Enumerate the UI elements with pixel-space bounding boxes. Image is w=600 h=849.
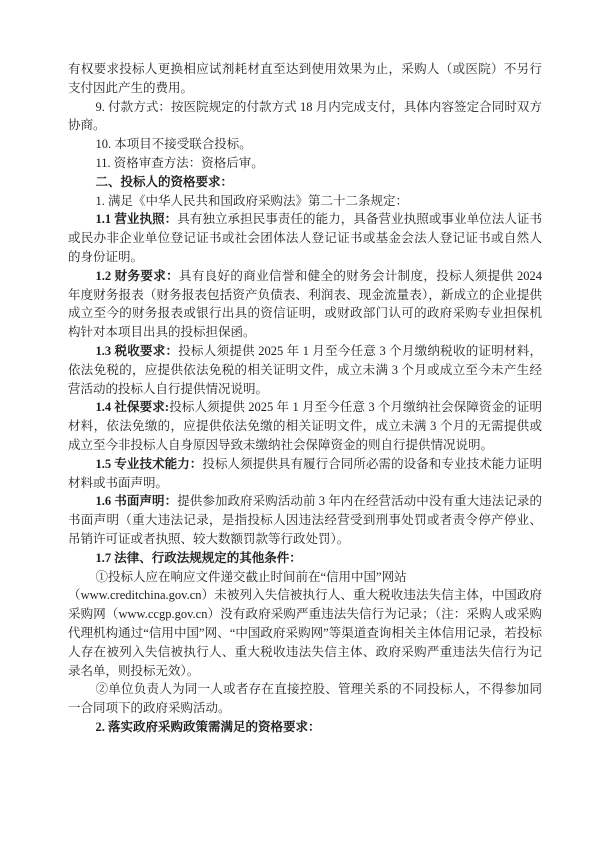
- paragraph: 1. 满足《中华人民共和国政府采购法》第二十二条规定：: [68, 192, 542, 211]
- paragraph: 1.7 法律、行政法规规定的其他条件：: [68, 549, 542, 568]
- paragraph-text: 11. 资格审查方法：资格后审。: [96, 156, 264, 170]
- paragraph: 11. 资格审查方法：资格后审。: [68, 154, 542, 173]
- paragraph: 1.3 税收要求：投标人须提供 2025 年 1 月至今任意 3 个月缴纳税收的…: [68, 342, 542, 398]
- paragraph-text: ②单位负责人为同一人或者存在直接控股、管理关系的不同投标人，不得参加同一合同项下…: [68, 682, 542, 715]
- paragraph-text: 二、投标人的资格要求：: [96, 175, 234, 189]
- paragraph-lead: 1.3 税收要求：: [96, 344, 179, 358]
- paragraph-lead: 1.6 书面声明：: [96, 494, 178, 508]
- paragraph: ①投标人应在响应文件递交截止时间前在“信用中国”网站（www.creditchi…: [68, 568, 542, 681]
- paragraph: 二、投标人的资格要求：: [68, 173, 542, 192]
- paragraph: 1.6 书面声明：提供参加政府采购活动前 3 年内在经营活动中没有重大违法记录的…: [68, 492, 542, 548]
- paragraph-text: ①投标人应在响应文件递交截止时间前在“信用中国”网站: [96, 570, 407, 584]
- paragraph-lead: 1.4 社保要求:: [96, 400, 170, 414]
- paragraph-text: 1. 满足《中华人民共和国政府采购法》第二十二条规定：: [96, 194, 409, 208]
- paragraph-text: 1.7 法律、行政法规规定的其他条件：: [96, 551, 302, 565]
- paragraph: 1.2 财务要求：具有良好的商业信誉和健全的财务会计制度，投标人须提供 2024…: [68, 267, 542, 342]
- paragraph-text: 有权要求投标人更换相应试剂耗材直至达到使用效果为止，采购人（或医院）不另行支付因…: [68, 62, 542, 95]
- paragraph-lead: 1.5 专业技术能力：: [96, 457, 203, 471]
- paragraph: ②单位负责人为同一人或者存在直接控股、管理关系的不同投标人，不得参加同一合同项下…: [68, 680, 542, 718]
- paragraph: 1.1 营业执照：具有独立承担民事责任的能力，具备营业执照或事业单位法人证书或民…: [68, 210, 542, 266]
- paragraph-text: 9. 付款方式：按医院规定的付款方式 18 月内完成支付，具体内容签定合同时双方…: [68, 100, 542, 133]
- paragraph-lead: 1.1 营业执照：: [96, 212, 178, 226]
- paragraph-text-continued: （www.creditchina.gov.cn）未被列入失信被执行人、重大税收违…: [68, 588, 542, 677]
- paragraph-text: 10. 本项目不接受联合投标。: [96, 137, 252, 151]
- paragraph: 有权要求投标人更换相应试剂耗材直至达到使用效果为止，采购人（或医院）不另行支付因…: [68, 60, 542, 98]
- paragraph: 1.4 社保要求:投标人须提供 2025 年 1 月至今任意 3 个月缴纳社会保…: [68, 398, 542, 454]
- paragraph: 1.5 专业技术能力：投标人须提供具有履行合同所必需的设备和专业技术能力证明材料…: [68, 455, 542, 493]
- document-body: 有权要求投标人更换相应试剂耗材直至达到使用效果为止，采购人（或医院）不另行支付因…: [68, 60, 542, 737]
- paragraph-lead: 1.2 财务要求：: [96, 269, 179, 283]
- document-page: 有权要求投标人更换相应试剂耗材直至达到使用效果为止，采购人（或医院）不另行支付因…: [0, 0, 600, 849]
- paragraph: 10. 本项目不接受联合投标。: [68, 135, 542, 154]
- paragraph-text: 2. 落实政府采购政策需满足的资格要求：: [96, 720, 321, 734]
- paragraph: 2. 落实政府采购政策需满足的资格要求：: [68, 718, 542, 737]
- paragraph: 9. 付款方式：按医院规定的付款方式 18 月内完成支付，具体内容签定合同时双方…: [68, 98, 542, 136]
